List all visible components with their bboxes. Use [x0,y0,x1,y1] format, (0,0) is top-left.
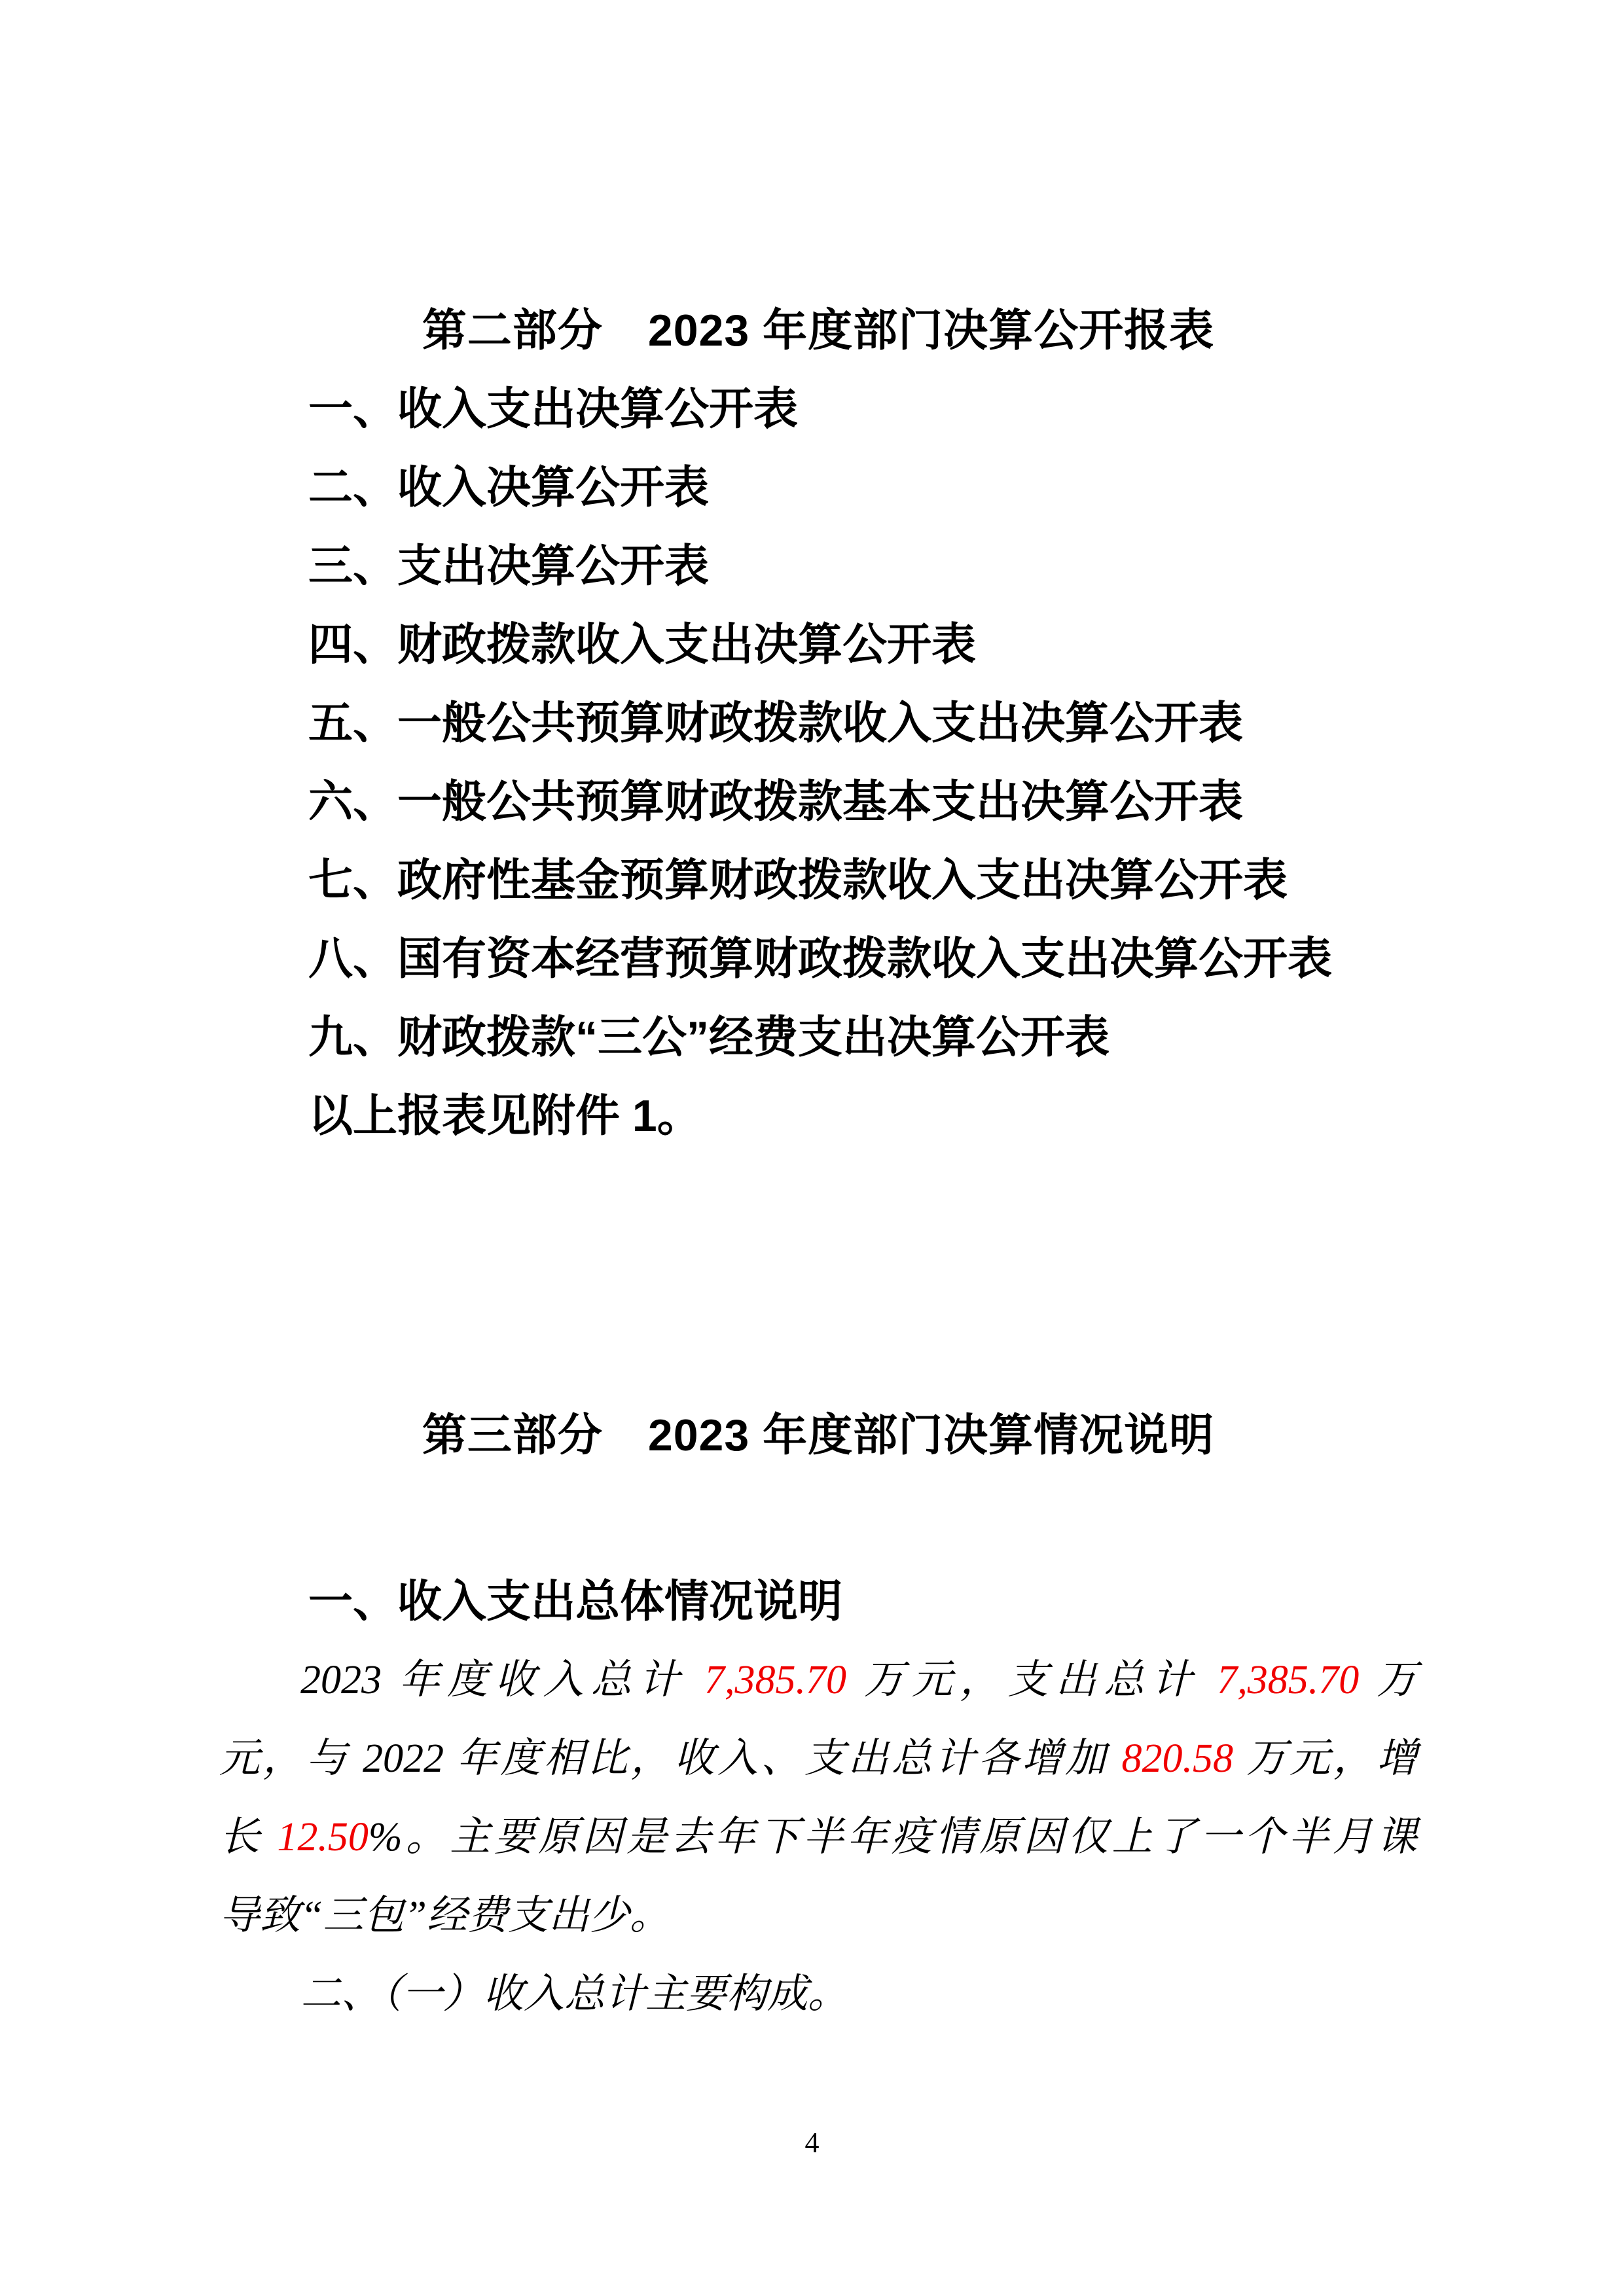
paragraph-line-2: 元，与 2022 年度相比，收入、支出总计各增加 820.58 万元，增 [219,1719,1417,1798]
page-content: 第二部分 2023 年度部门决算公开报表 一、收入支出决算公开表二、收入决算公开… [219,0,1417,2034]
attachment-note: 以上报表见附件 1。 [219,1077,1417,1155]
report-list-item: 七、政府性基金预算财政拨款收入支出决算公开表 [219,841,1417,920]
report-list-item: 九、财政拨款“三公”经费支出决算公开表 [219,998,1417,1077]
highlighted-value: 7,385.70 [1217,1658,1359,1702]
highlighted-value: 820.58 [1121,1736,1233,1781]
section2-report-list: 一、收入支出决算公开表二、收入决算公开表三、支出决算公开表四、财政拨款收入支出决… [219,370,1417,1077]
highlighted-value: 12.50 [277,1815,369,1859]
text-segment: 万元，增 [1233,1736,1417,1781]
report-list-item: 五、一般公共预算财政拨款收入支出决算公开表 [219,684,1417,762]
report-list-item: 四、财政拨款收入支出决算公开表 [219,605,1417,684]
overview-heading: 一、收入支出总体情况说明 [219,1562,1417,1641]
paragraph-line-3: 长 12.50%。主要原因是去年下半年疫情原因仅上了一个半月课 [219,1798,1417,1876]
page-number: 4 [0,2128,1624,2157]
text-segment: 元，与 2022 年度相比，收入、支出总计各增加 [219,1736,1121,1781]
report-list-item: 三、支出决算公开表 [219,527,1417,605]
section-gap [219,1155,1417,1396]
report-list-item: 一、收入支出决算公开表 [219,370,1417,448]
section2-title: 第二部分 2023 年度部门决算公开报表 [219,291,1417,370]
report-list-item: 六、一般公共预算财政拨款基本支出决算公开表 [219,762,1417,841]
text-segment: %。主要原因是去年下半年疫情原因仅上了一个半月课 [369,1815,1417,1859]
section3-title: 第三部分 2023 年度部门决算情况说明 [219,1396,1417,1475]
text-segment: 万元，支出总计 [846,1658,1217,1702]
composition-heading: 二、（一）收入总计主要构成。 [219,1955,1417,2034]
text-segment: 2023 年度收入总计 [300,1658,704,1702]
highlighted-value: 7,385.70 [704,1658,846,1702]
report-list-item: 八、国有资本经营预算财政拨款收入支出决算公开表 [219,920,1417,998]
paragraph-line-4: 导致“三包”经费支出少。 [219,1876,1417,1955]
title-gap [219,1475,1417,1562]
report-list-item: 二、收入决算公开表 [219,448,1417,527]
text-segment: 长 [219,1815,277,1859]
text-segment: 导致“三包”经费支出少。 [219,1893,670,1938]
paragraph-line-1: 2023 年度收入总计 7,385.70 万元，支出总计 7,385.70 万 [219,1641,1417,1719]
text-segment: 万 [1359,1658,1417,1702]
